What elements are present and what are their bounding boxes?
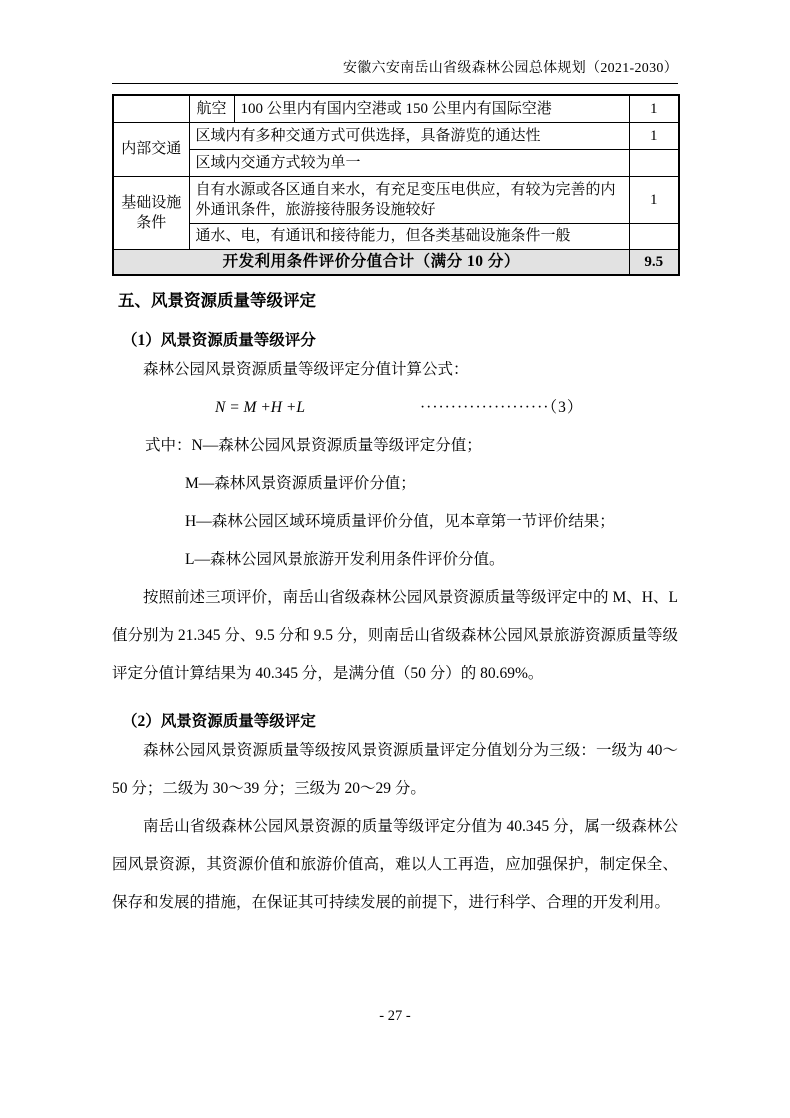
formula-number: （3）: [549, 399, 583, 416]
section-heading: 五、风景资源质量等级评定: [118, 290, 678, 312]
formula-reference: ·····················（3）: [420, 389, 583, 427]
table-row: 通水、电，有通讯和接待能力，但各类基础设施条件一般: [113, 223, 679, 249]
table-row: 航空 100 公里内有国内空港或 150 公里内有国际空港 1: [113, 95, 679, 122]
score-cell: [629, 149, 679, 176]
category-cell: [113, 95, 189, 122]
criterion-cell: 自有水源或各区通自来水，有充足变压电供应，有较为完善的内外通讯条件，旅游接待服务…: [189, 176, 629, 223]
formula-expression: N = M +H +L: [215, 399, 305, 416]
legend-line: H—森林公园区域环境质量评价分值，见本章第一节评价结果；: [112, 503, 678, 541]
criterion-cell: 100 公里内有国内空港或 150 公里内有国际空港: [234, 95, 629, 122]
summary-score: 9.5: [629, 249, 679, 275]
legend-line: L—森林公园风景旅游开发利用条件评价分值。: [112, 541, 678, 579]
category-cell: 基础设施 条件: [113, 176, 189, 249]
score-cell: 1: [629, 176, 679, 223]
document-page: 安徽六安南岳山省级森林公园总体规划（2021-2030） 航空 100 公里内有…: [0, 0, 790, 1118]
paragraph-evaluation-result: 按照前述三项评价，南岳山省级森林公园风景资源质量等级评定中的 M、H、L 值分别…: [112, 579, 678, 693]
formula-line: N = M +H +L ·····················（3）: [112, 389, 678, 427]
paragraph-conclusion: 南岳山省级森林公园风景资源的质量等级评定分值为 40.345 分，属一级森林公园…: [112, 808, 678, 922]
summary-label: 开发利用条件评价分值合计（满分 10 分）: [113, 249, 629, 275]
table-row: 内部交通 区域内有多种交通方式可供选择，具备游览的通达性 1: [113, 122, 679, 149]
subsection-1-heading: （1）风景资源质量等级评分: [122, 330, 678, 351]
table-row: 区域内交通方式较为单一: [113, 149, 679, 176]
score-cell: [629, 223, 679, 249]
formula-intro: 森林公园风景资源质量等级评定分值计算公式：: [112, 351, 678, 389]
criterion-cell: 区域内交通方式较为单一: [189, 149, 629, 176]
subsection-2-heading: （2）风景资源质量等级评定: [122, 711, 678, 732]
category-cell: 内部交通: [113, 122, 189, 176]
subcategory-cell: 航空: [189, 95, 234, 122]
table-row: 基础设施 条件 自有水源或各区通自来水，有充足变压电供应，有较为完善的内外通讯条…: [113, 176, 679, 223]
criterion-cell: 通水、电，有通讯和接待能力，但各类基础设施条件一般: [189, 223, 629, 249]
score-cell: 1: [629, 95, 679, 122]
formula-dots: ·····················: [420, 399, 549, 416]
running-header: 安徽六安南岳山省级森林公园总体规划（2021-2030）: [112, 60, 678, 84]
development-conditions-table: 航空 100 公里内有国内空港或 150 公里内有国际空港 1 内部交通 区域内…: [112, 94, 680, 276]
document-title: 安徽六安南岳山省级森林公园总体规划（2021-2030）: [343, 61, 678, 76]
summary-row: 开发利用条件评价分值合计（满分 10 分） 9.5: [113, 249, 679, 275]
score-cell: 1: [629, 122, 679, 149]
page-number: - 27 -: [0, 1008, 790, 1025]
legend-line: M—森林风景资源质量评价分值；: [112, 465, 678, 503]
criterion-cell: 区域内有多种交通方式可供选择，具备游览的通达性: [189, 122, 629, 149]
formula-legend: 式中：N—森林公园风景资源质量等级评定分值； M—森林风景资源质量评价分值； H…: [112, 427, 678, 579]
legend-line: 式中：N—森林公园风景资源质量等级评定分值；: [112, 427, 678, 465]
paragraph-grade-classification: 森林公园风景资源质量等级按风景资源质量评定分值划分为三级：一级为 40～50 分…: [112, 732, 678, 808]
